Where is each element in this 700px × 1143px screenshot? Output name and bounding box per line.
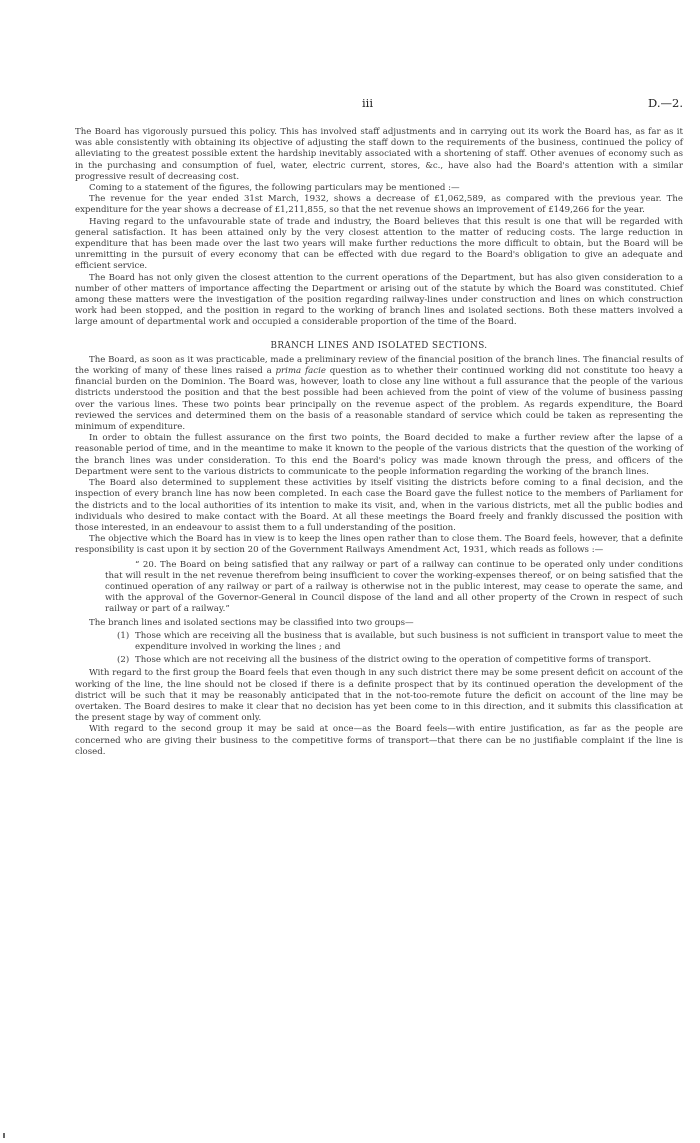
list-text: Those which are not receiving all the bu… xyxy=(135,655,651,665)
italic-phrase: prima facie xyxy=(276,366,326,376)
classification-intro: The branch lines and isolated sections m… xyxy=(75,618,683,629)
paragraph-trade-conditions: Having regard to the unfavourable state … xyxy=(75,217,683,273)
paragraph-staff-policy: The Board has vigorously pursued this po… xyxy=(75,127,683,183)
paragraph-second-group: With regard to the second group it may b… xyxy=(75,724,683,758)
list-number: (1) xyxy=(117,631,129,642)
paragraph-fullest-assurance: In order to obtain the fullest assurance… xyxy=(75,433,683,478)
list-number: (2) xyxy=(117,655,129,666)
section-heading: BRANCH LINES AND ISOLATED SECTIONS. xyxy=(75,341,683,352)
classification-item-1: (1) Those which are receiving all the bu… xyxy=(75,631,683,653)
document-body: The Board has vigorously pursued this po… xyxy=(75,127,683,758)
paragraph-revenue: The revenue for the year ended 31st Marc… xyxy=(75,194,683,216)
classification-item-2: (2) Those which are not receiving all th… xyxy=(75,655,683,666)
statute-quote: “ 20. The Board on being satisfied that … xyxy=(75,560,683,616)
paragraph-objective: The objective which the Board has in vie… xyxy=(75,534,683,556)
paragraph-district-visits: The Board also determined to supplement … xyxy=(75,478,683,534)
paragraph-first-group: With regard to the first group the Board… xyxy=(75,668,683,724)
page-number: iii xyxy=(362,96,373,110)
paragraph-figures-intro: Coming to a statement of the figures, th… xyxy=(75,183,683,194)
scan-mark xyxy=(3,1133,5,1138)
page-header: iii D.—2. xyxy=(75,96,683,110)
paragraph-preliminary-review: The Board, as soon as it was practicable… xyxy=(75,355,683,433)
list-text: Those which are receiving all the busine… xyxy=(135,631,683,652)
paragraph-other-matters: The Board has not only given the closest… xyxy=(75,273,683,329)
document-reference: D.—2. xyxy=(648,96,683,110)
